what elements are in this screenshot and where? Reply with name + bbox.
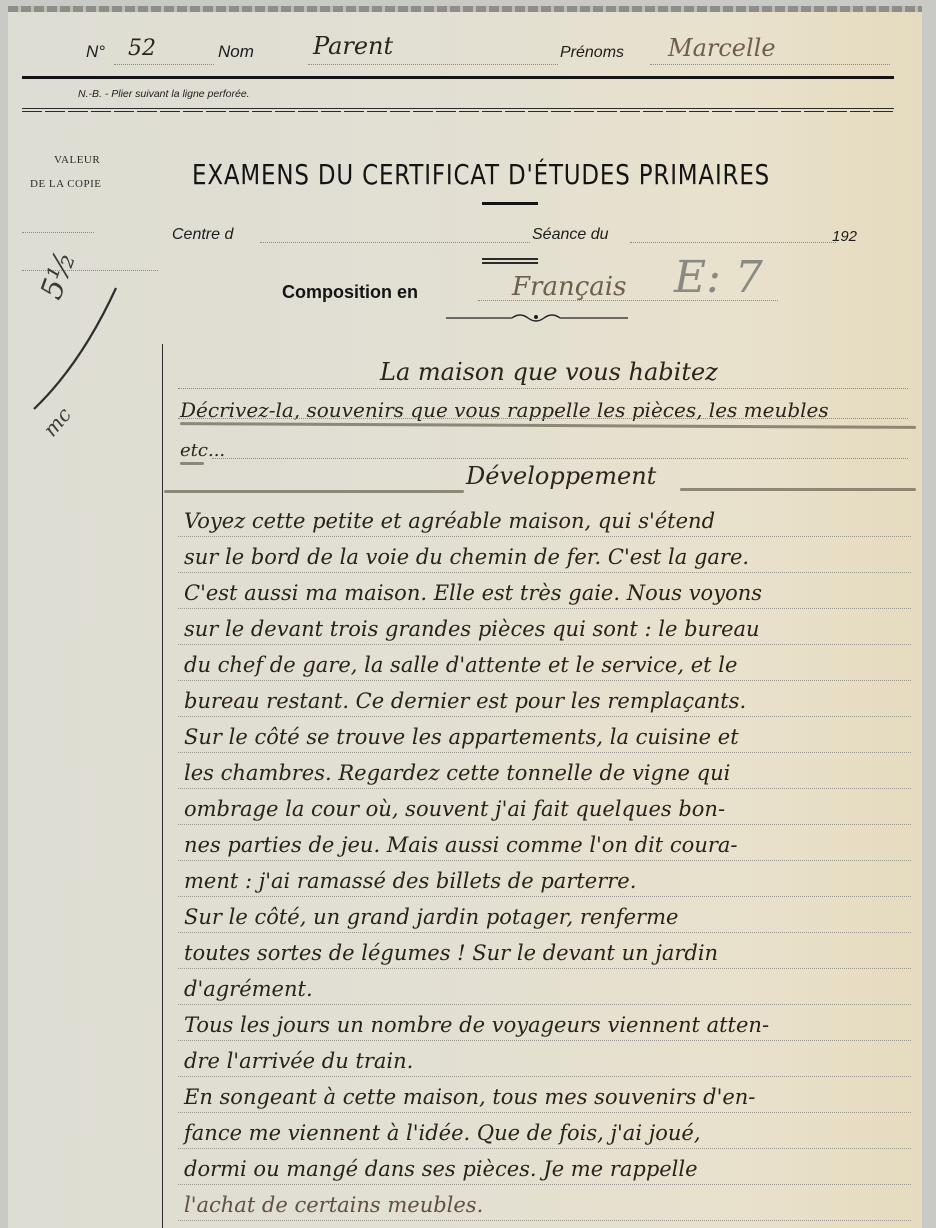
double-rule-2: [482, 262, 538, 264]
essay-line: C'est aussi ma maison. Elle est très gai…: [178, 572, 911, 609]
centre-field[interactable]: [260, 242, 530, 243]
essay-line: ombrage la cour où, souvent j'ai fait qu…: [178, 788, 911, 825]
composition-margin-line: [162, 344, 163, 1228]
essay-line: toutes sortes de légumes ! Sur le devant…: [178, 932, 911, 969]
essay-text: sur le devant trois grandes pièces qui s…: [184, 617, 760, 641]
heading-rule-left: [164, 490, 464, 493]
nom-value: Parent: [313, 32, 393, 60]
essay-text: Voyez cette petite et agréable maison, q…: [184, 509, 715, 533]
essay-line: sur le devant trois grandes pièces qui s…: [178, 608, 911, 645]
essay-line: les chambres. Regardez cette tonnelle de…: [178, 752, 911, 789]
prenoms-label: Prénoms: [560, 44, 624, 62]
essay-text: ombrage la cour où, souvent j'ai fait qu…: [184, 797, 725, 821]
centre-label: Centre d: [172, 226, 233, 244]
title-underline: [482, 202, 538, 205]
year-prefix: 192: [832, 228, 857, 245]
essay-line: l'achat de certains meubles.: [178, 1184, 911, 1221]
essay-line: du chef de gare, la salle d'attente et l…: [178, 644, 911, 681]
essay-line: Sur le côté se trouve les appartements, …: [178, 716, 911, 753]
essay-line: dre l'arrivée du train.: [178, 1040, 911, 1077]
essay-text: bureau restant. Ce dernier est pour les …: [184, 689, 746, 713]
number-field-line: [114, 64, 214, 65]
perforated-edge: [8, 6, 922, 12]
prenoms-field-line: [650, 64, 890, 65]
essay-text: Tous les jours un nombre de voyageurs vi…: [184, 1013, 769, 1037]
exam-sheet: N° 52 Nom Parent Prénoms Marcelle N.-B. …: [8, 6, 922, 1228]
fold-note: N.-B. - Plier suivant la ligne perforée.: [78, 88, 250, 100]
essay-line: ment : j'ai ramassé des billets de parte…: [178, 860, 911, 897]
essay-line: sur le bord de la voie du chemin de fer.…: [178, 536, 911, 573]
subject-value: Français: [512, 272, 626, 302]
subject-line-1: [178, 388, 908, 389]
fold-line-top: [22, 108, 894, 109]
essay-line: nes parties de jeu. Mais aussi comme l'o…: [178, 824, 911, 861]
essay-text: fance me viennent à l'idée. Que de fois,…: [184, 1121, 701, 1145]
section-heading: Développement: [466, 462, 656, 490]
essay-text: Sur le côté, un grand jardin potager, re…: [184, 905, 678, 929]
seance-label: Séance du: [532, 226, 609, 244]
grader-mark: E: 7: [674, 252, 763, 303]
essay-text: dre l'arrivée du train.: [184, 1049, 413, 1073]
subject-line-3: [212, 458, 908, 459]
essay-text: toutes sortes de légumes ! Sur le devant…: [184, 941, 718, 965]
essay-text: ment : j'ai ramassé des billets de parte…: [184, 869, 636, 893]
copie-label: DE LA COPIE: [30, 178, 102, 190]
exam-title: EXAMENS DU CERTIFICAT D'ÉTUDES PRIMAIRES: [192, 158, 770, 191]
subject-title: La maison que vous habitez: [380, 358, 718, 386]
composition-label: Composition en: [282, 282, 418, 303]
essay-text: d'agrément.: [184, 977, 313, 1001]
essay-line: dormi ou mangé dans ses pièces. Je me ra…: [178, 1148, 911, 1185]
nom-label: Nom: [218, 42, 254, 62]
grade-slash-icon: [26, 284, 126, 414]
essay-text: les chambres. Regardez cette tonnelle de…: [184, 761, 730, 785]
essay-text: du chef de gare, la salle d'attente et l…: [184, 653, 737, 677]
prenoms-value: Marcelle: [668, 34, 776, 62]
essay-line: fance me viennent à l'idée. Que de fois,…: [178, 1112, 911, 1149]
essay-line: Voyez cette petite et agréable maison, q…: [178, 500, 911, 537]
essay-line: bureau restant. Ce dernier est pour les …: [178, 680, 911, 717]
subject-line-2: [178, 418, 908, 419]
essay-text: l'achat de certains meubles.: [184, 1193, 483, 1217]
valeur-label: VALEUR: [54, 154, 100, 166]
essay-text: Sur le côté se trouve les appartements, …: [184, 725, 739, 749]
etc-underline: [180, 462, 204, 465]
header-rule: [22, 76, 894, 79]
number-value: 52: [128, 36, 156, 61]
essay-text: dormi ou mangé dans ses pièces. Je me ra…: [184, 1157, 698, 1181]
double-rule-1: [482, 258, 538, 260]
essay-line: En songeant à cette maison, tous mes sou…: [178, 1076, 911, 1113]
essay-text: C'est aussi ma maison. Elle est très gai…: [184, 581, 762, 605]
essay-line: Sur le côté, un grand jardin potager, re…: [178, 896, 911, 933]
seance-field[interactable]: [630, 242, 836, 243]
essay-text: En songeant à cette maison, tous mes sou…: [184, 1085, 755, 1109]
essay-line: d'agrément.: [178, 968, 911, 1005]
heading-rule-right: [680, 488, 916, 491]
essay-text: nes parties de jeu. Mais aussi comme l'o…: [184, 833, 738, 857]
ornament-flourish-icon: [442, 310, 632, 324]
prompt-underline: [180, 422, 916, 429]
number-label: N°: [86, 42, 105, 62]
valeur-field-line: [22, 232, 94, 233]
essay-text: sur le bord de la voie du chemin de fer.…: [184, 545, 749, 569]
fold-line-perforated: [22, 111, 894, 112]
nom-field-line: [308, 64, 558, 65]
essay-line: Tous les jours un nombre de voyageurs vi…: [178, 1004, 911, 1041]
